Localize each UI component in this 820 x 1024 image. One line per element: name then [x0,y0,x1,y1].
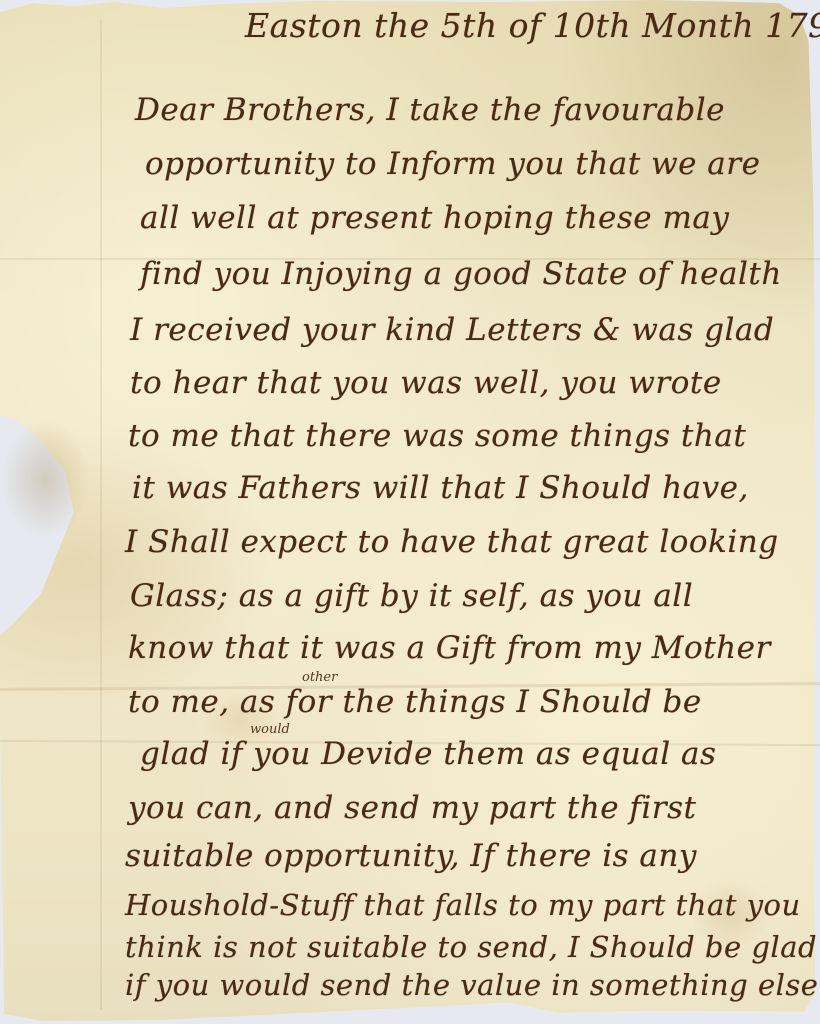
interlinear-insertion: other [302,670,337,685]
letter-line: to hear that you was well, you wrote [130,365,722,401]
letter-line: Glass; as a gift by it self, as you all [130,578,693,614]
letter-line: Houshold-Stuff that falls to my part tha… [125,888,801,922]
letter-line: know that it was a Gift from my Mother [128,630,771,666]
letter-line: glad if you Devide them as equal as [140,736,716,772]
letter-line: I received your kind Letters & was glad [130,312,774,348]
letter-line: think is not suitable to send, I Should … [125,930,817,964]
letter-line: suitable opportunity, If there is any [125,838,697,874]
letter-line: if you would send the value in something… [125,968,818,1002]
letter-body: Easton the 5th of 10th Month 1797 Dear B… [0,0,820,1024]
letter-line: to me, as for the things I Should be [128,684,702,720]
letter-line: I Shall expect to have that great lookin… [125,524,779,560]
interlinear-insertion: would [250,722,290,737]
dateline: Easton the 5th of 10th Month 1797 [245,6,820,45]
letter-line: opportunity to Inform you that we are [145,146,760,182]
letter-line: all well at present hoping these may [140,200,729,236]
letter-line: Dear Brothers, I take the favourable [135,92,725,128]
letter-line: you can, and send my part the first [128,790,697,826]
letter-line: to me that there was some things that [128,418,746,454]
letter-line: find you Injoying a good State of health [140,256,782,292]
letter-line: it was Fathers will that I Should have, [132,470,749,506]
